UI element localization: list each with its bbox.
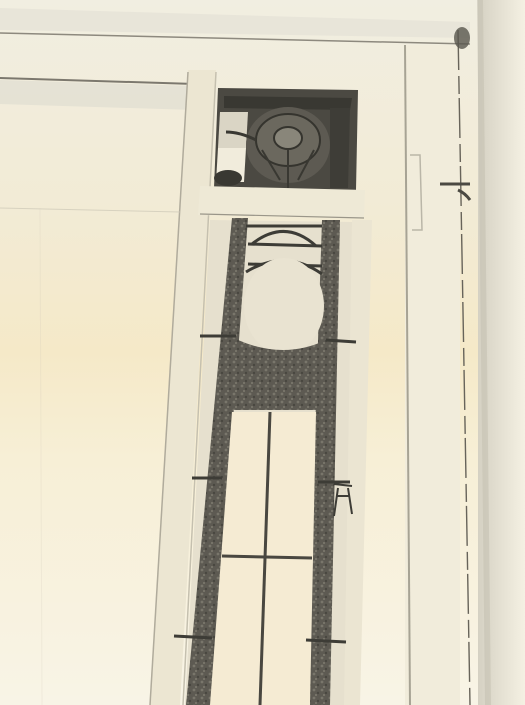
photograph [0,0,525,705]
window-scene [0,0,525,705]
